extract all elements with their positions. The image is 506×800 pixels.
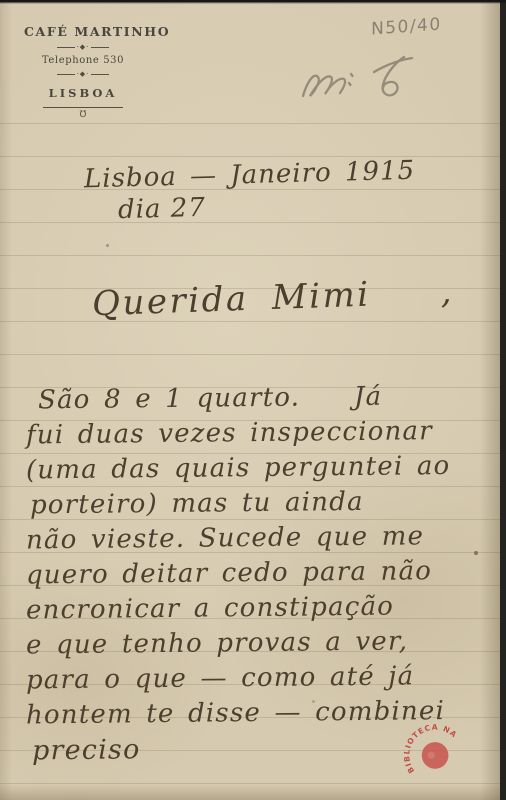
page-edge-right-shadow <box>480 0 500 800</box>
letterhead-telephone: Telephone 530 <box>24 55 142 66</box>
page-edge-left-shade <box>0 0 12 800</box>
catalog-number: N50/40 <box>371 15 442 40</box>
divider-line <box>91 47 109 48</box>
page-edge-bottom-shade <box>0 784 500 800</box>
letterhead-base-ornament-icon: ℧ <box>24 110 142 120</box>
body-line: para o que — como até já <box>26 659 492 699</box>
stamp-arc-text: BIBLIOTECA NACIONAL. <box>384 706 460 789</box>
letter-scan-page: CAFÉ MARTINHO ·◆· Telephone 530 ·◆· LISB… <box>0 0 506 800</box>
body-line: encronicar a constipação <box>26 589 492 629</box>
body-line: São 8 e 1 quarto. Já <box>26 379 492 419</box>
salutation: Querida Mimi , <box>91 272 454 325</box>
letterhead-city: LISBOA <box>24 86 142 100</box>
pencil-note-scribble <box>298 50 430 112</box>
dateline-place: Lisboa — Janeiro 1915 <box>84 156 416 195</box>
divider-ornament-icon: ·◆· <box>75 71 92 78</box>
body-line: e que tenho provas a ver, <box>26 624 492 664</box>
letterhead-divider: ·◆· <box>57 71 109 78</box>
divider-line <box>91 74 109 75</box>
paper-speck <box>106 244 109 247</box>
body-line: porteiro) mas tu ainda <box>26 484 492 524</box>
letterhead-name: CAFÉ MARTINHO <box>24 24 142 39</box>
body-line: não vieste. Sucede que me <box>26 519 492 559</box>
letterhead-divider: ·◆· <box>57 44 109 51</box>
stamp-disc <box>416 737 454 775</box>
dateline-day: dia 27 <box>118 193 207 225</box>
paper-speck <box>474 551 478 555</box>
divider-ornament-icon: ·◆· <box>75 44 92 51</box>
letterhead: CAFÉ MARTINHO ·◆· Telephone 530 ·◆· LISB… <box>24 24 142 120</box>
body-line: quero deitar cedo para não <box>26 554 492 594</box>
body-line: (uma das quais perguntei ao <box>26 449 492 489</box>
page-edge-top <box>0 0 506 4</box>
paper-speck <box>312 700 315 703</box>
divider-line <box>57 47 75 48</box>
divider-line <box>57 74 75 75</box>
page-edge-right <box>500 0 506 800</box>
body-line: fui duas vezes inspeccionar <box>26 414 492 454</box>
letterhead-rule <box>43 107 123 108</box>
